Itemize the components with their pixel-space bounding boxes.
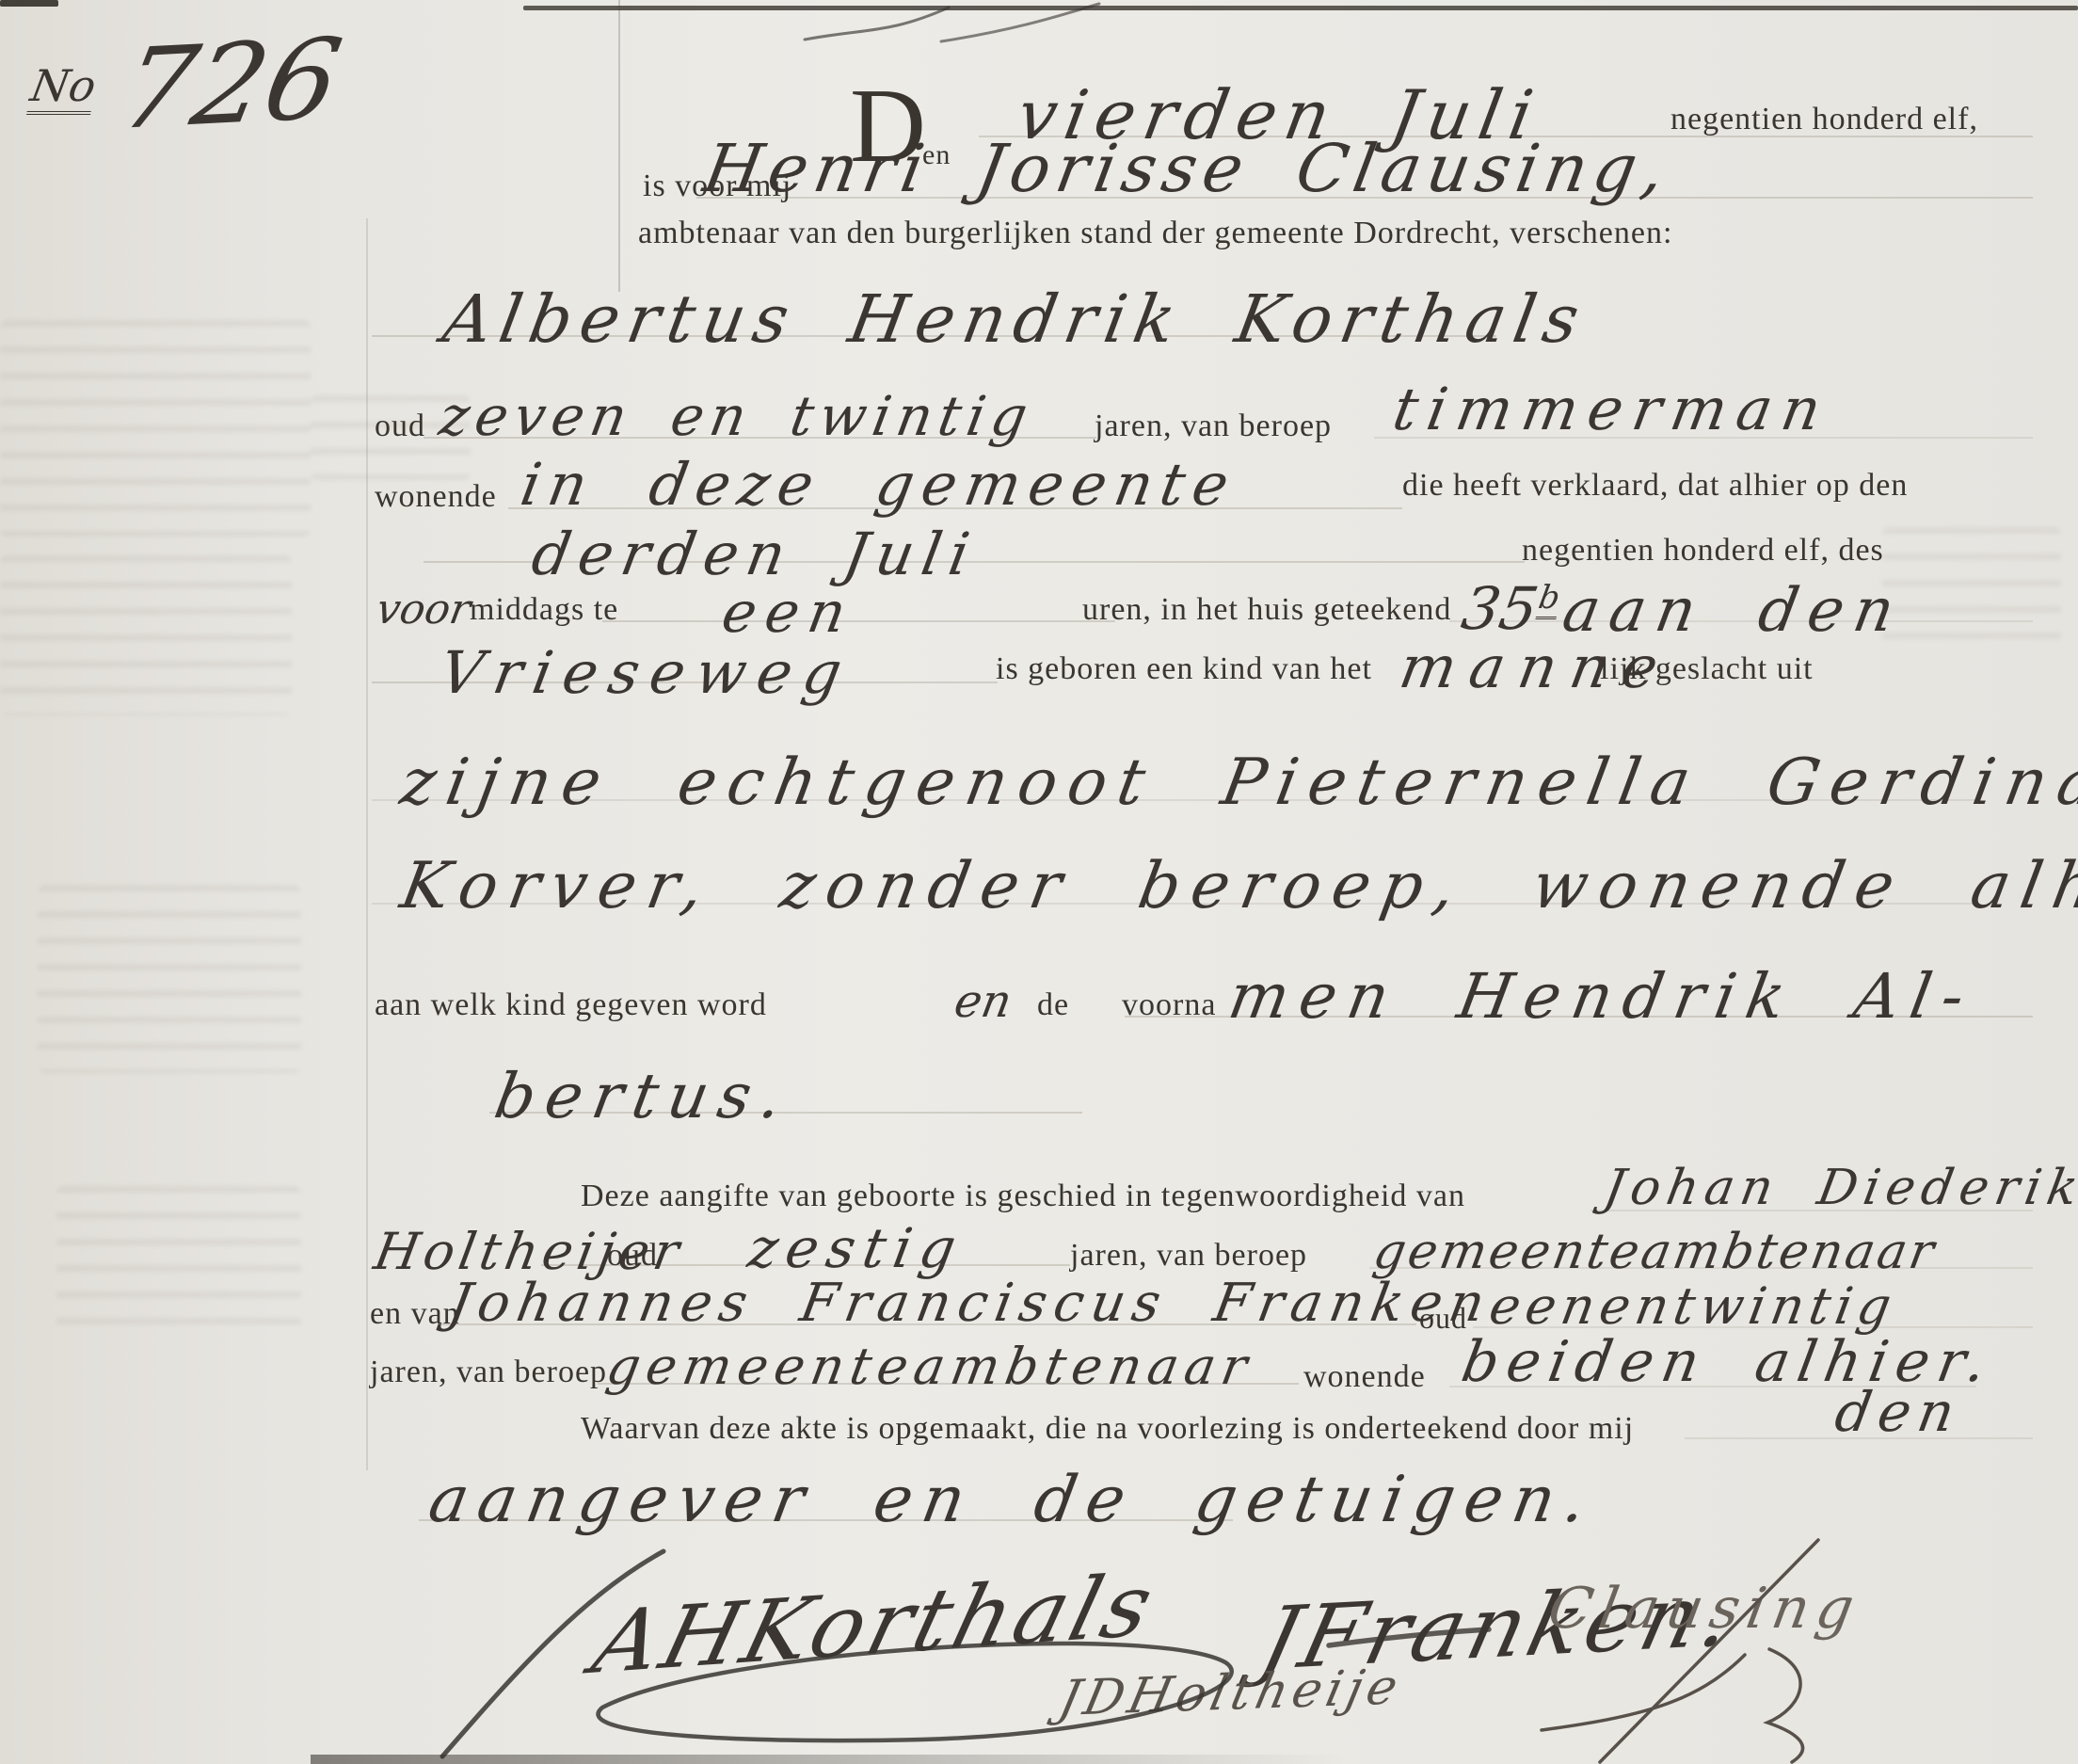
top-pen-stroke xyxy=(941,4,1099,41)
clausing-paraph xyxy=(1767,1649,1803,1762)
birth-certificate-scan: No 726 D en vierden Juli negentien honde… xyxy=(0,0,2078,1764)
korthals-paraph-loop xyxy=(599,1644,1232,1740)
korthals-lead-stroke xyxy=(442,1551,663,1756)
franken-underline xyxy=(1329,1629,1489,1645)
top-pen-stroke xyxy=(805,8,949,40)
ink-flourishes xyxy=(0,0,2078,1764)
bottom-scan-edge xyxy=(311,1755,1346,1764)
